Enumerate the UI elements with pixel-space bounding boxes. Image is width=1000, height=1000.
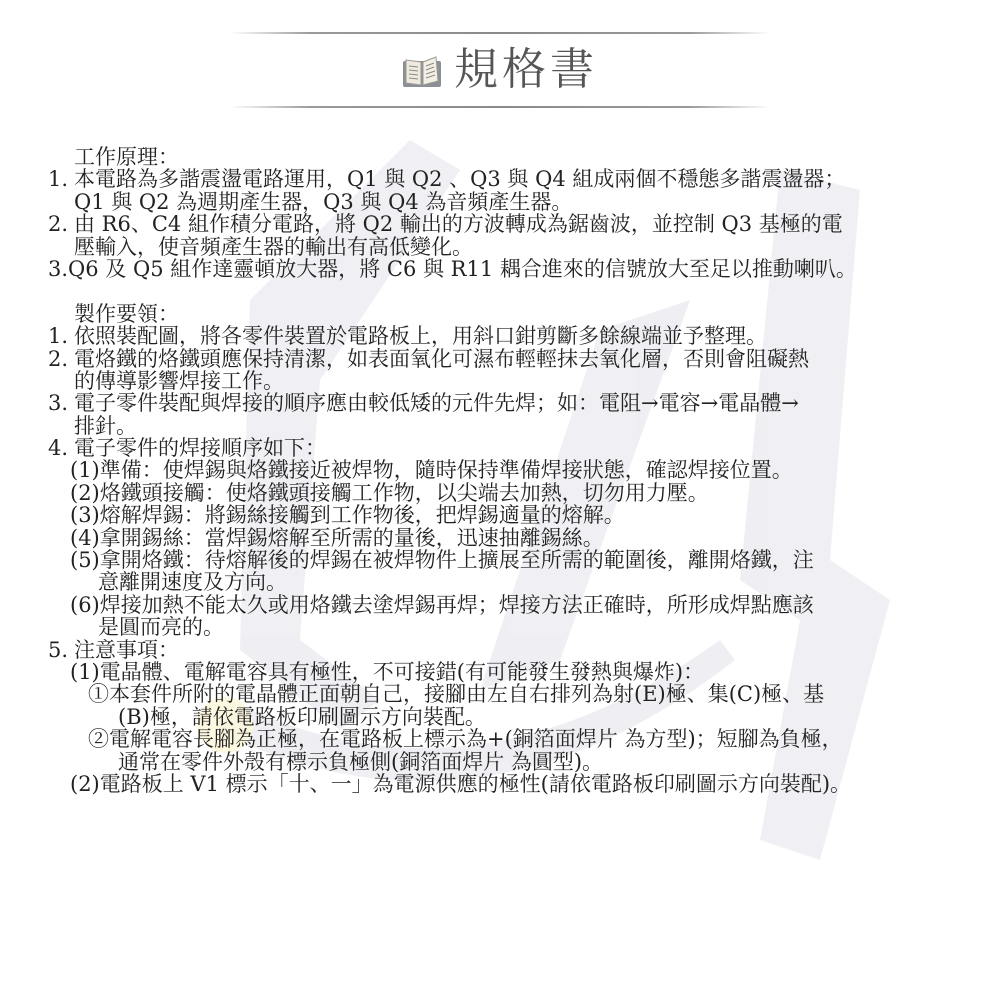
sub-sub-item: ②電解電容長腳為正極，在電路板上標示為+(銅箔面焊片 為方型)；短腳為負極， [48, 728, 978, 750]
sub-item-continued: 意離開速度及方向。 [48, 571, 978, 593]
header-bottom-rule [230, 106, 770, 108]
sub-item: (5)拿開烙鐵：待熔解後的焊錫在被焊物件上擴展至所需的範圍後，離開烙鐵，注 [48, 549, 978, 571]
item-number: 3. [48, 257, 68, 281]
item-text: 由 R6、C4 組作積分電路，將 Q2 輸出的方波轉成為鋸齒波，並控制 Q3 基… [74, 212, 843, 236]
list-item: 2.由 R6、C4 組作積分電路，將 Q2 輸出的方波轉成為鋸齒波，並控制 Q3… [48, 213, 978, 258]
title-row: 規格書 [230, 42, 770, 98]
sub-sub-item: ①本套件所附的電晶體正面朝自己，接腳由左自右排列為射(E)極、集(C)極、基 [48, 683, 978, 705]
sub-item-continued: 是圓而亮的。 [48, 616, 978, 638]
section-heading: 工作原理： [48, 146, 978, 168]
item-text: 電子零件的焊接順序如下： [74, 436, 326, 460]
item-number: 1. [48, 325, 74, 347]
section-heading: 製作要領： [48, 303, 978, 325]
page-header: 規格書 [230, 32, 770, 108]
item-text-continued: Q1 與 Q2 為週期產生器，Q3 與 Q4 為音頻產生器。 [48, 191, 978, 213]
sub-sub-item-continued: 通常在零件外殼有標示負極側(銅箔面焊片 為圓型)。 [48, 751, 978, 773]
section-method: 製作要領： 1.依照裝配圖，將各零件裝置於電路板上，用斜口鉗剪斷多餘線端並予整理… [48, 303, 978, 796]
item-number: 2. [48, 348, 74, 370]
item-text: Q6 及 Q5 組作達靈頓放大器，將 C6 與 R11 耦合進來的信號放大至足以… [68, 257, 857, 281]
list-item: 1.本電路為多諧震盪電路運用，Q1 與 Q2 、Q3 與 Q4 組成兩個不穩態多… [48, 168, 978, 213]
section-principle: 工作原理： 1.本電路為多諧震盪電路運用，Q1 與 Q2 、Q3 與 Q4 組成… [48, 146, 978, 280]
item-number: 4. [48, 437, 74, 459]
sub-item: (2)電路板上 V1 標示「十、一」為電源供應的極性(請依電路板印刷圖示方向裝配… [48, 773, 978, 795]
item-number: 2. [48, 213, 74, 235]
list-item: 3.電子零件裝配與焊接的順序應由較低矮的元件先焊；如：電阻→電容→電晶體→ 排針… [48, 392, 978, 437]
sub-sub-item-continued: (B)極，請依電路板印刷圖示方向裝配。 [48, 706, 978, 728]
list-item: 2.電烙鐵的烙鐵頭應保持清潔，如表面氧化可濕布輕輕抹去氧化層，否則會阻礙熱 的傳… [48, 348, 978, 393]
sub-item: (3)熔解焊錫：將錫絲接觸到工作物後，把焊錫適量的熔解。 [48, 504, 978, 526]
sub-item: (1)準備：使焊錫與烙鐵接近被焊物，隨時保持準備焊接狀態，確認焊接位置。 [48, 459, 978, 481]
spec-document-body: 工作原理： 1.本電路為多諧震盪電路運用，Q1 與 Q2 、Q3 與 Q4 組成… [48, 146, 978, 795]
item-text-continued: 壓輸入，使音頻產生器的輸出有高低變化。 [48, 236, 978, 258]
item-text: 依照裝配圖，將各零件裝置於電路板上，用斜口鉗剪斷多餘線端並予整理。 [74, 324, 767, 348]
item-text: 注意事項： [74, 638, 179, 662]
sub-item: (2)烙鐵頭接觸：使烙鐵頭接觸工作物，以尖端去加熱，切勿用力壓。 [48, 482, 978, 504]
item-number: 5. [48, 639, 74, 661]
item-number: 3. [48, 392, 74, 414]
item-text-continued: 的傳導影響焊接工作。 [48, 370, 978, 392]
item-text: 本電路為多諧震盪電路運用，Q1 與 Q2 、Q3 與 Q4 組成兩個不穩態多諧震… [74, 167, 845, 191]
item-number: 1. [48, 168, 74, 190]
page-title: 規格書 [454, 42, 598, 98]
list-item: 4.電子零件的焊接順序如下： (1)準備：使焊錫與烙鐵接近被焊物，隨時保持準備焊… [48, 437, 978, 639]
open-book-icon [402, 55, 442, 89]
section-spacer [48, 280, 978, 302]
item-text: 電烙鐵的烙鐵頭應保持清潔，如表面氧化可濕布輕輕抹去氧化層，否則會阻礙熱 [74, 347, 809, 371]
header-top-rule [230, 32, 770, 34]
sub-item: (4)拿開錫絲：當焊錫熔解至所需的量後，迅速抽離錫絲。 [48, 527, 978, 549]
sub-item: (6)焊接加熱不能太久或用烙鐵去塗焊錫再焊；焊接方法正確時，所形成焊點應該 [48, 594, 978, 616]
list-item: 3.Q6 及 Q5 組作達靈頓放大器，將 C6 與 R11 耦合進來的信號放大至… [48, 258, 978, 280]
sub-item: (1)電晶體、電解電容具有極性，不可接錯(有可能發生發熱與爆炸)： [48, 661, 978, 683]
list-item: 5.注意事項： (1)電晶體、電解電容具有極性，不可接錯(有可能發生發熱與爆炸)… [48, 639, 978, 796]
item-text-continued: 排針。 [48, 415, 978, 437]
item-text: 電子零件裝配與焊接的順序應由較低矮的元件先焊；如：電阻→電容→電晶體→ [74, 391, 799, 415]
list-item: 1.依照裝配圖，將各零件裝置於電路板上，用斜口鉗剪斷多餘線端並予整理。 [48, 325, 978, 347]
